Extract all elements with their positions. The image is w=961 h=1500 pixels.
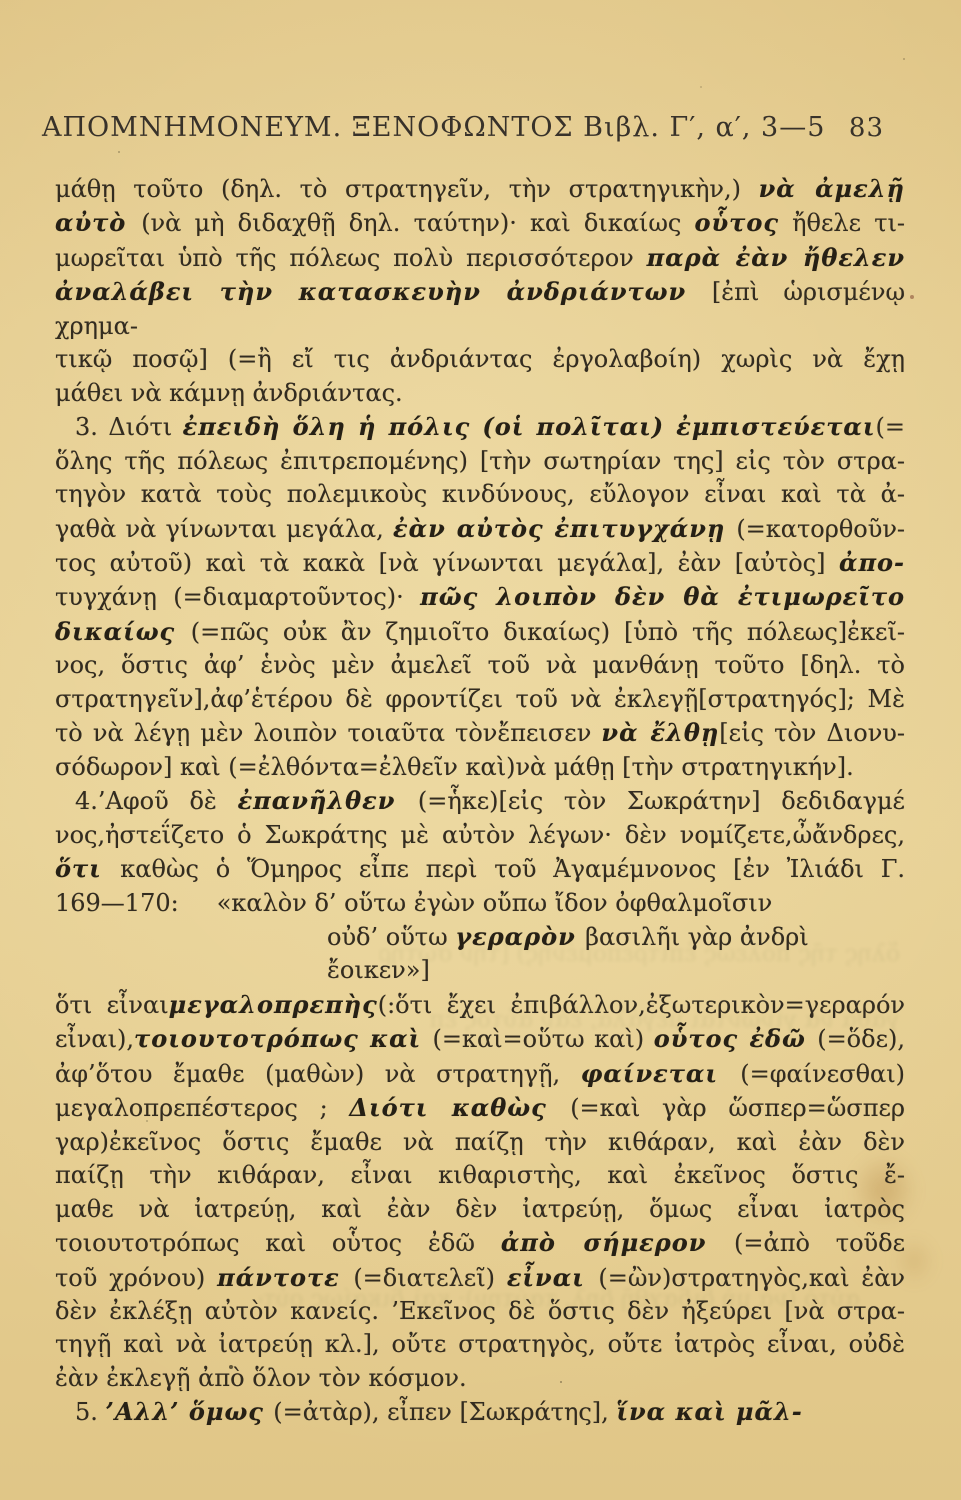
- text-line: ἐὰν ἐκλεγῇ ἀπὸ ὅλον τὸν κόσμον.: [55, 1362, 905, 1395]
- text-segment: ἵνα καὶ μᾶλ-: [616, 1397, 802, 1426]
- text-line: τὸ νὰ λέγῃ μὲν λοιπὸν τοιαῦτα τὸνἔπεισεν…: [55, 716, 905, 750]
- text-segment: ἀφ’ὅτου ἔμαθε (μαθὼν) νὰ στρατηγῇ,: [55, 1060, 581, 1088]
- text-line: παίζῃ τὴν κιθάραν, εἶναι κιθαριστὴς, καὶ…: [55, 1159, 905, 1192]
- text-segment: ἀναλάβει τὴν κατασκευὴν ἀνδριάντων: [55, 277, 712, 306]
- text-line: γαθὰ νὰ γίνωνται μεγάλα, ἐὰν αὐτὸς ἐπιτυ…: [55, 512, 905, 546]
- text-segment: ἀπὸ σήμερον: [501, 1228, 734, 1257]
- text-line: ὅτι εἶναιμεγαλοπρεπὴς(:ὅτι ἔχει ἐπιβάλλο…: [55, 988, 905, 1022]
- text-line: αὐτὸ (νὰ μὴ διδαχθῇ δηλ. ταύτην)· καὶ δι…: [55, 206, 905, 240]
- text-segment: Διότι καθὼς: [349, 1093, 570, 1122]
- text-line: 4.’Αφοῦ δὲ ἐπανῆλθεν (=ἧκε)[εἰς τὸν Σωκρ…: [55, 784, 905, 818]
- text-line: 169—170:«καλὸν δ’ οὕτω ἐγὼν οὔπω ἴδον ὀφ…: [55, 887, 905, 920]
- text-segment: δικαίως: [55, 617, 191, 646]
- text-segment: τοιουτοτρόπως καὶ: [134, 1024, 432, 1053]
- text-line: 5. ’Αλλ’ ὅμως (=ἀτὰρ), εἶπεν [Σωκράτης],…: [55, 1395, 905, 1429]
- text-line: τυγχάνῃ (=διαμαρτοῦντος)· πῶς λοιπὸν δὲν…: [55, 580, 905, 614]
- text-segment: πάντοτε: [217, 1263, 353, 1292]
- text-line: μωρεῖται ὑπὸ τῆς πόλεως πολὺ περισσότερο…: [55, 241, 905, 275]
- text-segment: (=καὶ=οὕτω καὶ): [432, 1025, 653, 1053]
- text-segment: μεγαλοπρεπέστερος ;: [55, 1094, 349, 1122]
- text-segment: αὐτὸ: [55, 208, 141, 237]
- text-segment: τοιουτοτρόπως καὶ οὗτος ἐδῶ: [55, 1229, 501, 1257]
- text-segment: παίζῃ τὴν κιθάραν, εἶναι κιθαριστὴς, καὶ…: [55, 1161, 905, 1189]
- text-segment: παρὰ ἐὰν ἤθελεν: [647, 243, 905, 272]
- text-segment: 169—170:: [55, 889, 179, 917]
- text-line: ὅτι καθὼς ὁ Ὅμηρος εἶπε περὶ τοῦ Ἀγαμέμν…: [55, 852, 905, 886]
- text-segment: ἐὰν ἐκλεγῇ ἀπὸ ὅλον τὸν κόσμον.: [55, 1364, 467, 1392]
- text-line: τοῦ χρόνου) πάντοτε (=διατελεῖ) εἶναι (=…: [55, 1261, 905, 1295]
- text-line: ἀφ’ὅτου ἔμαθε (μαθὼν) νὰ στρατηγῇ, φαίνε…: [55, 1057, 905, 1091]
- text-segment: εἶναι),: [55, 1025, 134, 1053]
- text-segment: μάθει νὰ κάμνῃ ἀνδριάντας.: [55, 379, 403, 407]
- paper-specks: [0, 0, 2, 2]
- text-segment: φαίνεται: [581, 1059, 741, 1088]
- text-segment: σόδωρον] καὶ (=ἐλθόντα=ἐλθεῖν καὶ)νὰ μάθ…: [55, 753, 854, 781]
- text-segment: νος,ἠστεΐζετο ὁ Σωκράτης μὲ αὐτὸν λέγων·…: [55, 821, 905, 849]
- text-segment: ὅλης τῆς πόλεως ἐπιτρεπομένης) [τὴν σωτη…: [55, 447, 905, 475]
- page-number: 83: [849, 113, 884, 143]
- text-segment: ἤθελε τι-: [779, 209, 905, 237]
- text-segment: τὸ νὰ λέγῃ μὲν λοιπὸν τοιαῦτα τὸνἔπεισεν: [55, 719, 601, 747]
- text-line: οὐδ’ οὕτω γεραρὸν βασιλῆι γὰρ ἀνδρὶ ἔοικ…: [55, 920, 905, 988]
- text-line: δικαίως (=πῶς οὐκ ἂν ζημιοῖτο δικαίως) […: [55, 615, 905, 649]
- text-segment: ἐὰν αὐτὸς ἐπιτυγχάνῃ: [393, 514, 736, 543]
- text-line: ὅλης τῆς πόλεως ἐπιτρεπομένης) [τὴν σωτη…: [55, 445, 905, 478]
- text-segment: ἐπανῆλθεν: [238, 786, 418, 815]
- text-line: τικῷ ποσῷ] (=ἢ εἴ τις ἀνδριάντας ἐργολαβ…: [55, 343, 905, 376]
- text-segment: τοῦ χρόνου): [55, 1264, 217, 1292]
- text-segment: γαθὰ νὰ γίνωνται μεγάλα,: [55, 515, 393, 543]
- text-segment: μεγαλοπρεπὴς: [169, 990, 378, 1019]
- text-segment: (=ὅδε),: [817, 1025, 905, 1053]
- text-segment: τηγῇ καὶ νὰ ἰατρεύῃ κλ.], οὔτε στρατηγὸς…: [55, 1330, 905, 1358]
- text-segment: δὲν ἐκλέξῃ αὐτὸν κανείς. ’Εκεῖνος δὲ ὅστ…: [55, 1297, 905, 1325]
- text-segment: τος αὐτοῦ) καὶ τὰ κακὰ [νὰ γίνωνται μεγά…: [55, 549, 839, 577]
- text-segment: μαθε νὰ ἰατρεύῃ, καὶ ἐὰν δὲν ἰατρεύῃ, ὅμ…: [55, 1195, 905, 1223]
- text-line: νος, ὅστις ἀφ’ ἑνὸς μὲν ἀμελεῖ τοῦ νὰ μα…: [55, 649, 905, 682]
- text-segment: στρατηγεῖν],ἀφ’ἑτέρου δὲ φροντίζει τοῦ ν…: [55, 685, 905, 713]
- text-segment: (=ἀτὰρ), εἶπεν [Σωκράτης],: [273, 1398, 616, 1426]
- text-segment: μωρεῖται ὑπὸ τῆς πόλεως πολὺ περισσότερο…: [55, 244, 647, 272]
- text-segment: νὰ ἀμελῇ: [759, 174, 905, 203]
- text-segment: πῶς λοιπὸν δὲν θὰ ἐτιμωρεῖτο: [420, 582, 905, 611]
- text-segment: καθὼς ὁ Ὅμηρος εἶπε περὶ τοῦ Ἀγαμέμνονος…: [120, 855, 905, 883]
- page-header: ΑΠΟΜΝΗΜΟΝΕΥΜ. ΞΕΝΟΦΩΝΤΟΣ Βιβλ. Γ′, α′, 3…: [42, 112, 884, 143]
- text-line: τηγὸν κατὰ τοὺς πολεμικοὺς κινδύνους, εὔ…: [55, 478, 905, 511]
- text-line: τος αὐτοῦ) καὶ τὰ κακὰ [νὰ γίνωνται μεγά…: [55, 546, 905, 580]
- text-line: στρατηγεῖν],ἀφ’ἑτέρου δὲ φροντίζει τοῦ ν…: [55, 683, 905, 716]
- body-text: μάθῃ τοῦτο (δηλ. τὸ στρατηγεῖν, τὴν στρα…: [55, 172, 905, 1430]
- text-segment: γαρ)ἐκεῖνος ὅστις ἔμαθε νὰ παίζῃ τὴν κιθ…: [55, 1128, 905, 1156]
- text-segment: (=ἧκε)[εἰς τὸν Σωκράτην] δεδιδαγμέ: [418, 787, 905, 815]
- text-segment: εἶναι: [507, 1263, 599, 1292]
- text-line: γαρ)ἐκεῖνος ὅστις ἔμαθε νὰ παίζῃ τὴν κιθ…: [55, 1126, 905, 1159]
- text-segment: μάθῃ τοῦτο (δηλ. τὸ στρατηγεῖν, τὴν στρα…: [55, 175, 759, 203]
- text-segment: 4.’Αφοῦ δὲ: [75, 787, 238, 815]
- text-segment: τηγὸν κατὰ τοὺς πολεμικοὺς κινδύνους, εὔ…: [55, 480, 905, 508]
- text-segment: ἀπο-: [839, 548, 905, 577]
- text-segment: 3. Διότι: [75, 413, 183, 441]
- text-segment: ὅτι εἶναι: [55, 991, 169, 1019]
- text-line: δὲν ἐκλέξῃ αὐτὸν κανείς. ’Εκεῖνος δὲ ὅστ…: [55, 1295, 905, 1328]
- text-segment: ’Αλλ’ ὅμως: [106, 1397, 274, 1426]
- text-segment: [εἰς τὸν Διονυ-: [719, 719, 905, 747]
- text-segment: ὅτι: [55, 854, 120, 883]
- text-segment: ἐπειδὴ ὅλη ἡ πόλις (οἱ πολῖται) ἐμπιστεύ…: [183, 412, 876, 441]
- text-line: μάθῃ τοῦτο (δηλ. τὸ στρατηγεῖν, τὴν στρα…: [55, 172, 905, 206]
- text-segment: (:ὅτι ἔχει ἐπιβάλλον,ἐξωτερικὸν=γεραρόν: [378, 991, 905, 1019]
- text-segment: οὐδ’ οὕτω: [327, 923, 455, 951]
- text-line: μαθε νὰ ἰατρεύῃ, καὶ ἐὰν δὲν ἰατρεύῃ, ὅμ…: [55, 1193, 905, 1226]
- text-line: τοιουτοτρόπως καὶ οὗτος ἐδῶ ἀπὸ σήμερον …: [55, 1226, 905, 1260]
- text-segment: οὗτος: [695, 208, 779, 237]
- text-segment: (=κατορθοῦν-: [736, 515, 905, 543]
- text-segment: τικῷ ποσῷ] (=ἢ εἴ τις ἀνδριάντας ἐργολαβ…: [55, 345, 905, 373]
- text-segment: (=ἀπὸ τοῦδε: [734, 1229, 905, 1257]
- text-segment: (=φαίνεσθαι): [740, 1060, 905, 1088]
- running-title: ΑΠΟΜΝΗΜΟΝΕΥΜ. ΞΕΝΟΦΩΝΤΟΣ Βιβλ. Γ′, α′, 3…: [42, 112, 825, 143]
- text-line: σόδωρον] καὶ (=ἐλθόντα=ἐλθεῖν καὶ)νὰ μάθ…: [55, 751, 905, 784]
- text-segment: νος, ὅστις ἀφ’ ἑνὸς μὲν ἀμελεῖ τοῦ νὰ μα…: [55, 651, 905, 679]
- text-line: μάθει νὰ κάμνῃ ἀνδριάντας.: [55, 377, 905, 410]
- text-line: τηγῇ καὶ νὰ ἰατρεύῃ κλ.], οὔτε στρατηγὸς…: [55, 1328, 905, 1361]
- text-segment: γεραρὸν: [455, 922, 585, 951]
- text-segment: (νὰ μὴ διδαχθῇ δηλ. ταύτην)· καὶ δικαίως: [141, 209, 694, 237]
- text-segment: (=διατελεῖ): [353, 1264, 507, 1292]
- text-segment: (=πῶς οὐκ ἂν ζημιοῖτο δικαίως) [ὑπὸ τῆς …: [191, 618, 905, 646]
- text-segment: 5.: [75, 1398, 106, 1426]
- text-segment: (=ὢν)στρατηγὸς,καὶ ἐὰν: [598, 1264, 905, 1292]
- text-segment: οὗτος ἐδῶ: [654, 1024, 818, 1053]
- text-segment: «καλὸν δ’ οὕτω ἐγὼν οὔπω ἴδον ὀφθαλμοῖσι…: [217, 889, 773, 917]
- text-line: ἀναλάβει τὴν κατασκευὴν ἀνδριάντων [ἐπὶ …: [55, 275, 905, 343]
- text-segment: (=καὶ γὰρ ὥσπερ=ὥσπερ: [570, 1094, 905, 1122]
- text-line: μεγαλοπρεπέστερος ; Διότι καθὼς (=καὶ γὰ…: [55, 1091, 905, 1125]
- text-segment: τυγχάνῃ (=διαμαρτοῦντος)·: [55, 583, 420, 611]
- text-line: 3. Διότι ἐπειδὴ ὅλη ἡ πόλις (οἱ πολῖται)…: [55, 410, 905, 444]
- text-line: νος,ἠστεΐζετο ὁ Σωκράτης μὲ αὐτὸν λέγων·…: [55, 819, 905, 852]
- text-segment: (=: [876, 413, 905, 441]
- text-segment: νὰ ἔλθῃ: [601, 718, 719, 747]
- text-line: εἶναι),τοιουτοτρόπως καὶ (=καὶ=οὕτω καὶ)…: [55, 1022, 905, 1056]
